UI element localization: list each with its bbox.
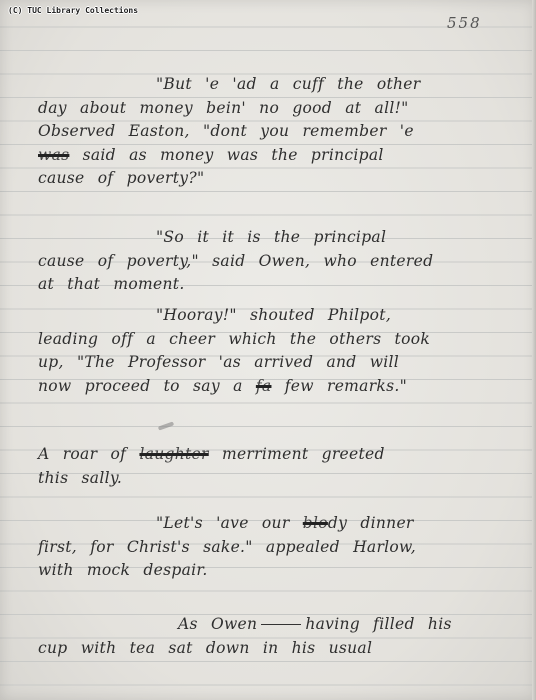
line-text: As Owen	[178, 615, 257, 633]
text-line: cause of poverty," said Owen, who entere…	[38, 250, 528, 274]
copyright-watermark: (C) TUC Library Collections	[8, 6, 138, 15]
manuscript-page: (C) TUC Library Collections 558 "But 'e …	[0, 0, 536, 700]
text-line: "But 'e 'ad a cuff the other	[38, 73, 528, 97]
ink-smudge	[158, 421, 174, 430]
text-line: Observed Easton, "dont you remember 'e	[38, 120, 528, 144]
line-text: dy dinner	[328, 514, 414, 532]
page-edge	[532, 0, 536, 700]
line-text: said as money was the principal	[69, 146, 383, 164]
paragraph-1: "But 'e 'ad a cuff the other day about m…	[38, 73, 528, 191]
page-number: 558	[447, 14, 482, 32]
line-text: A roar of	[38, 445, 139, 463]
text-line: now proceed to say a fa few remarks."	[38, 375, 528, 399]
struck-word: fa	[256, 377, 272, 395]
line-text: few remarks."	[271, 377, 407, 395]
paragraph-3: "Hooray!" shouted Philpot, leading off a…	[38, 304, 528, 398]
line-text: now proceed to say a	[38, 377, 256, 395]
text-line: cup with tea sat down in his usual	[38, 637, 528, 661]
text-line: A roar of laughter merriment greeted	[38, 443, 528, 467]
line-text: "Let's 'ave our	[156, 514, 303, 532]
text-line: "Hooray!" shouted Philpot,	[38, 304, 528, 328]
text-line: As Owenhaving filled his	[38, 613, 528, 637]
text-line: first, for Christ's sake." appealed Harl…	[38, 536, 528, 560]
paragraph-4: A roar of laughter merriment greeted thi…	[38, 443, 528, 490]
text-line: up, "The Professor 'as arrived and will	[38, 351, 528, 375]
text-line: leading off a cheer which the others too…	[38, 328, 528, 352]
paragraph-2: "So it it is the principal cause of pove…	[38, 226, 528, 297]
struck-word: laughter	[139, 445, 208, 463]
paragraph-5: "Let's 'ave our blody dinner first, for …	[38, 512, 528, 583]
text-line: with mock despair.	[38, 559, 528, 583]
struck-word: was	[38, 146, 69, 164]
text-line: this sally.	[38, 467, 528, 491]
underline-dash	[261, 624, 301, 625]
paragraph-6: As Owenhaving filled his cup with tea sa…	[38, 613, 528, 660]
struck-word: blo	[303, 514, 328, 532]
text-line: "So it it is the principal	[38, 226, 528, 250]
text-line: at that moment.	[38, 273, 528, 297]
text-line: was said as money was the principal	[38, 144, 528, 168]
line-text: merriment greeted	[209, 445, 385, 463]
text-line: cause of poverty?"	[38, 167, 528, 191]
text-line: "Let's 'ave our blody dinner	[38, 512, 528, 536]
line-text: having filled his	[305, 615, 451, 633]
text-line: day about money bein' no good at all!"	[38, 97, 528, 121]
